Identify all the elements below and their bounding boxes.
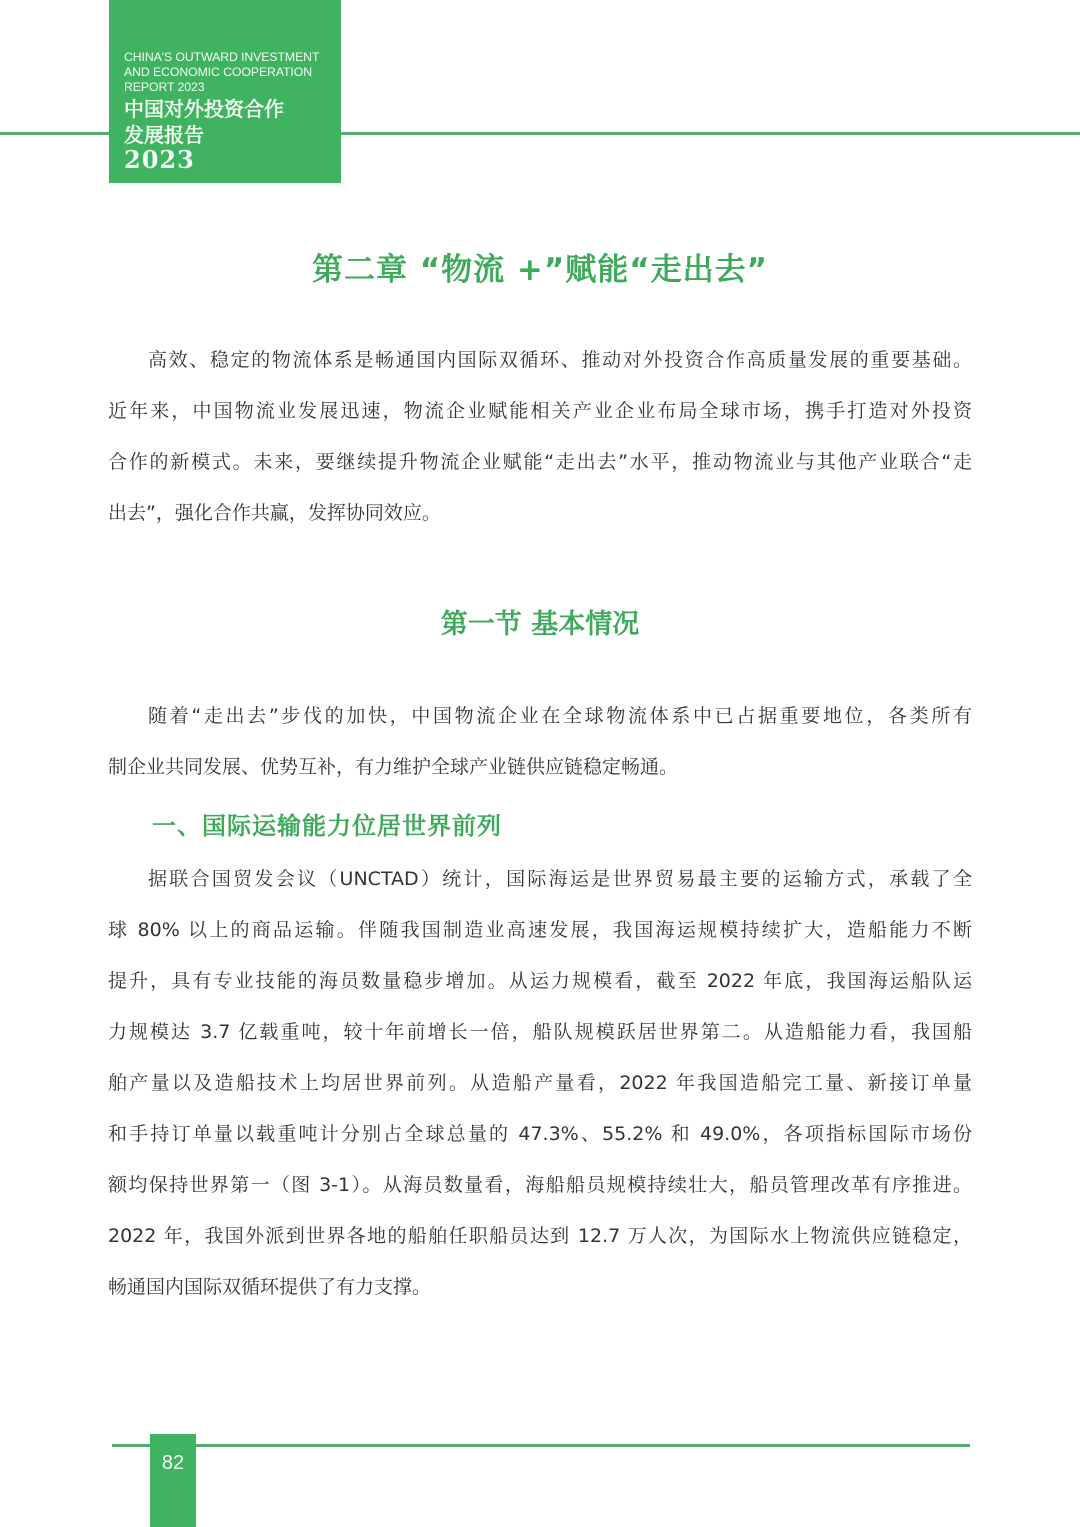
section-intro-paragraph: 随着“走出去”步伐的加快，中国物流企业在全球物流体系中已占据重要地位，各类所有 … bbox=[108, 691, 972, 793]
page-number: 82 bbox=[162, 1452, 184, 1474]
paragraph-line: 力规模达 3.7 亿载重吨，较十年前增长一倍，船队规模跃居世界第二。从造船能力看… bbox=[108, 1007, 972, 1058]
section-title: 第一节 基本情况 bbox=[0, 602, 1080, 641]
report-year: 2023 bbox=[124, 147, 341, 173]
paragraph-line: 近年来，中国物流业发展迅速，物流企业赋能相关产业企业布局全球市场，携手打造对外投… bbox=[108, 386, 972, 437]
paragraph-line: 随着“走出去”步伐的加快，中国物流企业在全球物流体系中已占据重要地位，各类所有 bbox=[108, 691, 972, 742]
paragraph-line: 舶产量以及造船技术上均居世界前列。从造船产量看，2022 年我国造船完工量、新接… bbox=[108, 1058, 972, 1109]
report-title-en-line-3: REPORT 2023 bbox=[124, 80, 341, 95]
paragraph-line: 球 80% 以上的商品运输。伴随我国制造业高速发展，我国海运规模持续扩大，造船能… bbox=[108, 905, 972, 956]
paragraph-line: 制企业共同发展、优势互补，有力维护全球产业链供应链稳定畅通。 bbox=[108, 742, 972, 793]
page-number-badge: 82 bbox=[150, 1434, 196, 1527]
subsection-body-paragraph: 据联合国贸发会议（UNCTAD）统计，国际海运是世界贸易最主要的运输方式，承载了… bbox=[108, 854, 972, 1313]
chapter-intro-paragraph: 高效、稳定的物流体系是畅通国内国际双循环、推动对外投资合作高质量发展的重要基础。… bbox=[108, 335, 972, 539]
report-title-cn-line-1: 中国对外投资合作 bbox=[124, 97, 341, 121]
chapter-title: 第二章 “物流 +”赋能“走出去” bbox=[0, 244, 1080, 289]
report-title-en-line-2: AND ECONOMIC COOPERATION bbox=[124, 65, 341, 80]
report-title-en-line-1: CHINA'S OUTWARD INVESTMENT bbox=[124, 50, 341, 65]
paragraph-line: 和手持订单量以载重吨计分别占全球总量的 47.3%、55.2% 和 49.0%，… bbox=[108, 1109, 972, 1160]
report-title-cn-line-2: 发展报告 bbox=[124, 123, 341, 147]
paragraph-line: 额均保持世界第一（图 3-1）。从海员数量看，海船船员规模持续壮大，船员管理改革… bbox=[108, 1160, 972, 1211]
paragraph-line: 高效、稳定的物流体系是畅通国内国际双循环、推动对外投资合作高质量发展的重要基础。 bbox=[108, 335, 972, 386]
subsection-title: 一、国际运输能力位居世界前列 bbox=[152, 806, 502, 841]
paragraph-line: 据联合国贸发会议（UNCTAD）统计，国际海运是世界贸易最主要的运输方式，承载了… bbox=[108, 854, 972, 905]
paragraph-line: 2022 年，我国外派到世界各地的船舶任职船员达到 12.7 万人次，为国际水上… bbox=[108, 1211, 972, 1262]
footer-rule bbox=[112, 1444, 970, 1447]
paragraph-line: 提升，具有专业技能的海员数量稳步增加。从运力规模看，截至 2022 年底，我国海… bbox=[108, 956, 972, 1007]
report-title-badge: CHINA'S OUTWARD INVESTMENT AND ECONOMIC … bbox=[109, 0, 341, 183]
paragraph-line: 出去”，强化合作共赢，发挥协同效应。 bbox=[108, 488, 972, 539]
paragraph-line: 合作的新模式。未来，要继续提升物流企业赋能“走出去”水平，推动物流业与其他产业联… bbox=[108, 437, 972, 488]
paragraph-line: 畅通国内国际双循环提供了有力支撑。 bbox=[108, 1262, 972, 1313]
